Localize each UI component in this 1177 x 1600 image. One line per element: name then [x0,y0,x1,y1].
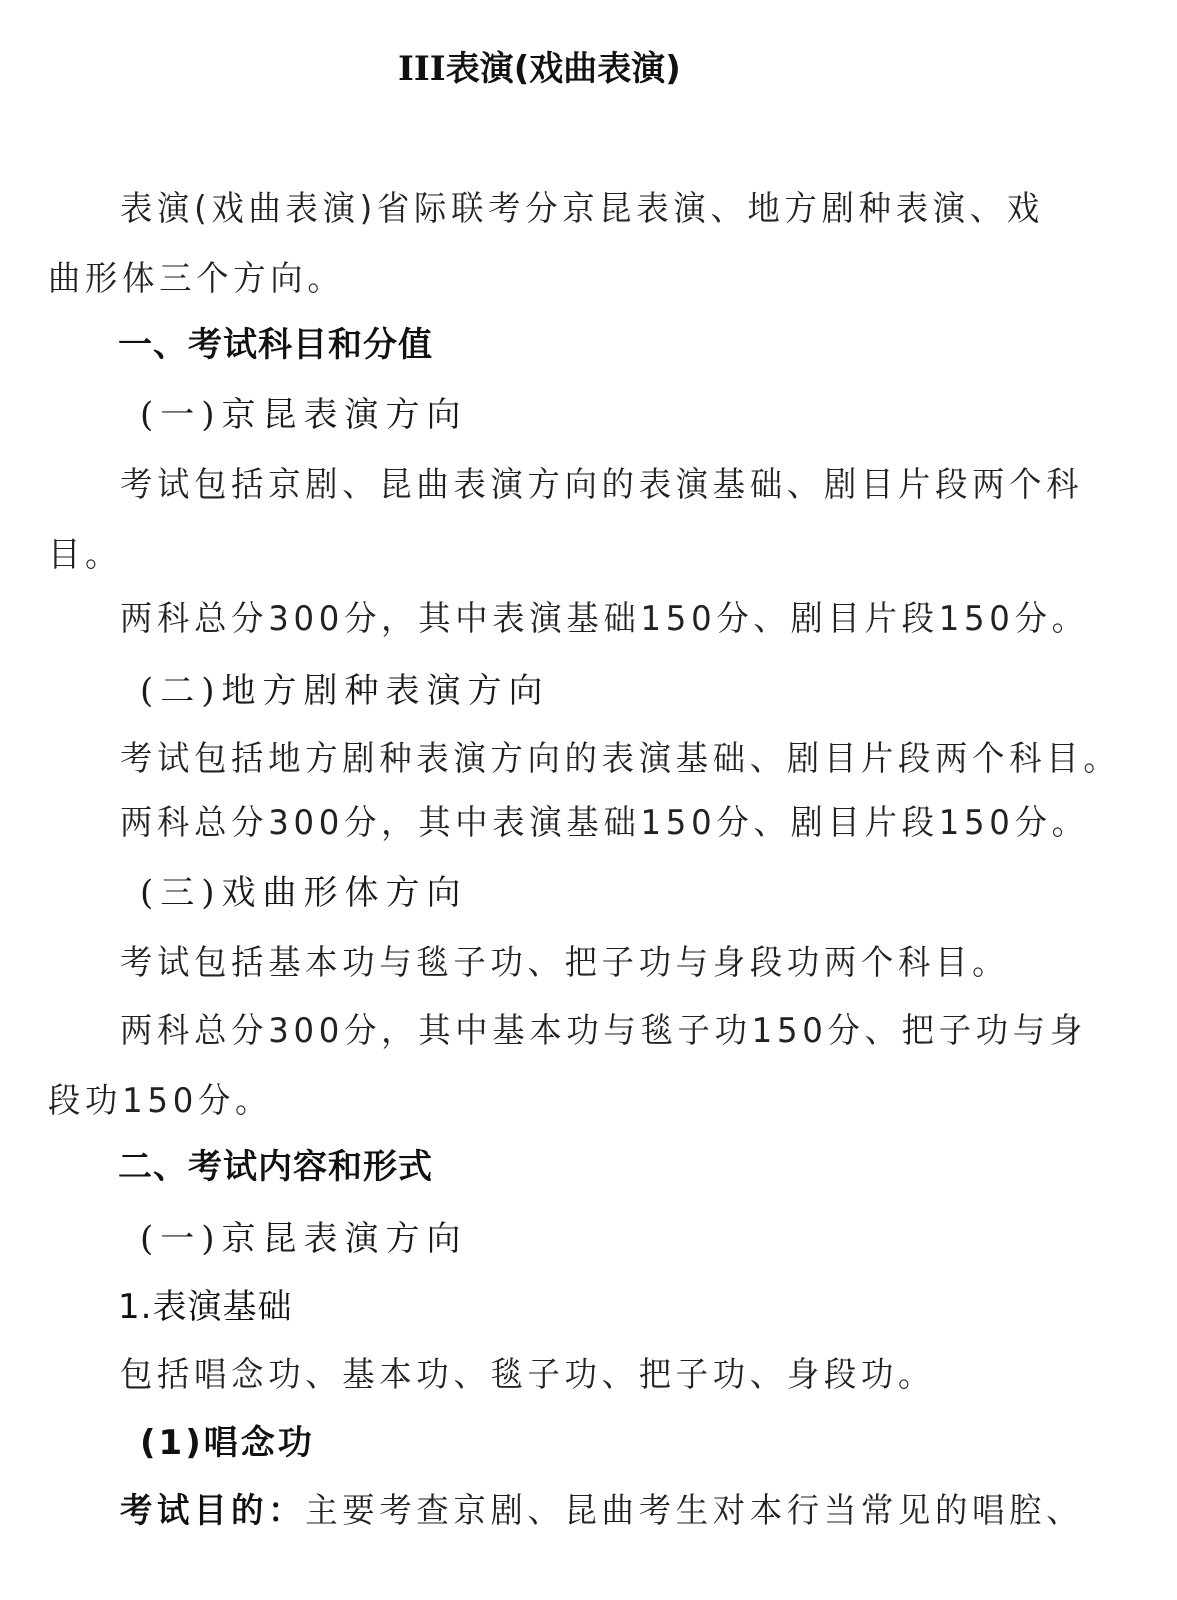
section2-subitem1-purpose: 考试目的：主要考查京剧、昆曲考生对本行当常见的唱腔、 [120,1494,1083,1528]
section1-sub3-para1: 考试包括基本功与毯子功、把子功与身段功两个科目。 [120,946,1009,980]
section1-sub2-para1: 考试包括地方剧种表演方向的表演基础、剧目片段两个科目。 [120,742,1120,776]
intro-line-1: 表演(戏曲表演)省际联考分京昆表演、地方剧种表演、戏 [120,192,1044,226]
page-title: III表演(戏曲表演) [398,52,681,86]
section2-item1-heading: 1.表演基础 [118,1290,292,1324]
section1-sub1-para1-line1: 考试包括京剧、昆曲表演方向的表演基础、剧目片段两个科 [120,468,1083,502]
title-text: 表演(戏曲表演) [446,49,681,89]
section1-sub3-heading: (三)戏曲形体方向 [140,876,468,910]
section2-heading: 二、考试内容和形式 [118,1150,433,1184]
intro-line-2: 曲形体三个方向。 [48,262,344,296]
section2-item1-para: 包括唱念功、基本功、毯子功、把子功、身段功。 [120,1358,935,1392]
section1-sub1-heading: (一)京昆表演方向 [140,398,468,432]
title-roman-numeral: III [398,49,446,89]
purpose-text: 主要考查京剧、昆曲考生对本行当常见的唱腔、 [305,1491,1083,1531]
section1-sub3-para2-line2: 段功150分。 [48,1084,272,1118]
section1-heading: 一、考试科目和分值 [118,328,433,362]
section1-sub3-para2-line1: 两科总分300分，其中基本功与毯子功150分、把子功与身 [120,1014,1087,1048]
section2-sub1-heading: (一)京昆表演方向 [140,1222,468,1256]
section1-sub1-para1-line2: 目。 [48,538,122,572]
purpose-label: 考试目的： [120,1491,305,1531]
section1-sub2-heading: (二)地方剧种表演方向 [140,674,550,708]
section1-sub1-para2: 两科总分300分，其中表演基础150分、剧目片段150分。 [120,602,1089,636]
section2-subitem1-heading: (1)唱念功 [140,1426,315,1460]
section1-sub2-para2: 两科总分300分，其中表演基础150分、剧目片段150分。 [120,806,1089,840]
